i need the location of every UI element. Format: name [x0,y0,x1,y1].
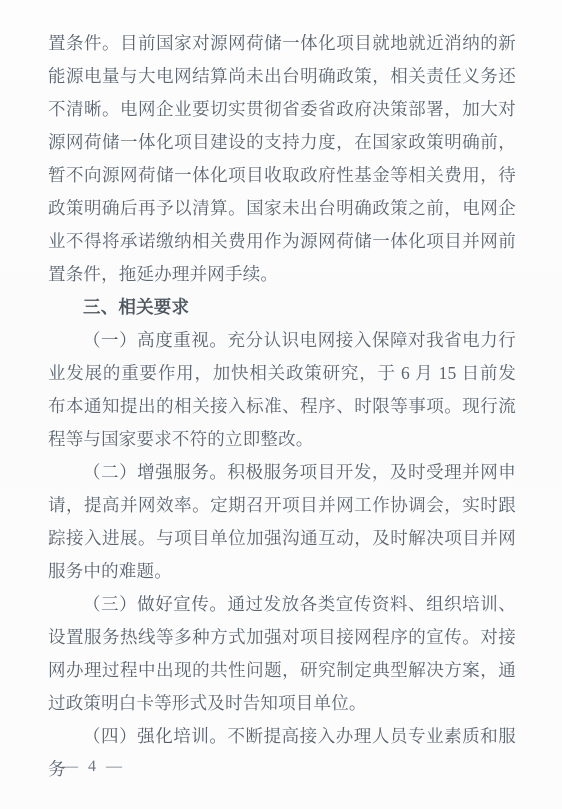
page-number: — 4 — [62,758,125,776]
list-item-2-lead: （二）增强服务。 [83,462,227,482]
list-item-3: （三）做好宣传。通过发放各类宣传资料、组织培训、设置服务热线等多种方式加强对项目… [48,588,516,720]
list-item-4: （四）强化培训。不断提高接入办理人员专业素质和服务 [48,720,516,786]
list-item-3-lead: （三）做好宣传。 [83,594,227,614]
list-item-1-lead: （一）高度重视。 [83,330,227,350]
list-item-1: （一）高度重视。充分认识电网接入保障对我省电力行业发展的重要作用，加快相关政策研… [48,324,516,456]
document-text-block: 置条件。目前国家对源网荷储一体化项目就地就近消纳的新能源电量与大电网结算尚未出台… [48,27,516,786]
section-heading: 三、相关要求 [48,291,516,324]
list-item-4-lead: （四）强化培训。 [83,726,227,746]
continuation-paragraph: 置条件。目前国家对源网荷储一体化项目就地就近消纳的新能源电量与大电网结算尚未出台… [48,27,516,291]
document-page: 置条件。目前国家对源网荷储一体化项目就地就近消纳的新能源电量与大电网结算尚未出台… [0,0,562,809]
list-item-2: （二）增强服务。积极服务项目开发，及时受理并网申请，提高并网效率。定期召开项目并… [48,456,516,588]
